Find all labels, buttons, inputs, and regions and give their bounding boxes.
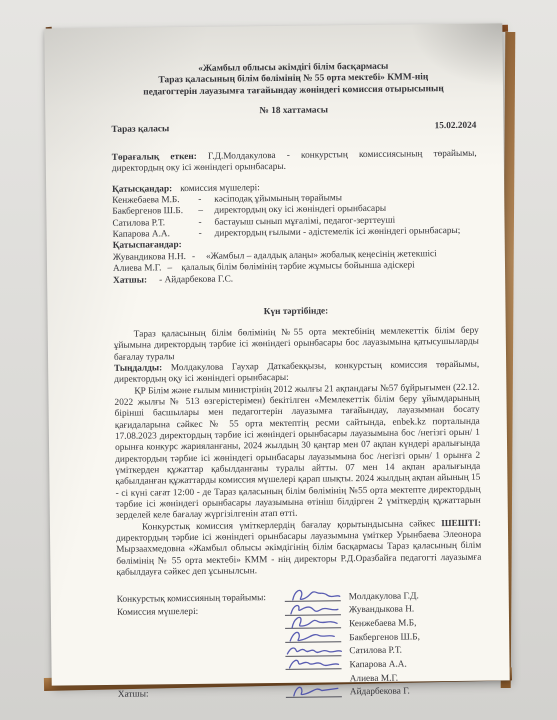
attendee-name: Сатилова Р.Т. bbox=[112, 218, 198, 230]
dash: - bbox=[192, 251, 206, 262]
heard-text: Молдакулова Гаухар Даткабекқызы, конкурс… bbox=[114, 360, 479, 385]
signature-ink bbox=[285, 656, 343, 673]
signature-block: Конкурстық комиссияның төрайымы: Молдаку… bbox=[117, 588, 483, 702]
chair-label: Төрағалық еткен: bbox=[112, 152, 197, 163]
signee-name: Бакбергенов Ш.Б, bbox=[349, 632, 420, 644]
signature-line bbox=[285, 629, 341, 643]
dash: - bbox=[198, 195, 214, 207]
agenda-title: Күн тәртібінде: bbox=[113, 304, 478, 319]
secretary-line: Хатшы: - Айдарбекова Г.С. bbox=[113, 272, 478, 287]
signee-name: Айдарбекова Г. bbox=[350, 687, 410, 699]
decision-label: ШЕШТІ: bbox=[441, 518, 481, 528]
city-date-row: Тараз қаласы 15.02.2024 bbox=[111, 120, 476, 135]
document-header: «Жамбыл облысы әкімдігі білім басқармасы… bbox=[111, 61, 476, 100]
scan-background: «Жамбыл облысы әкімдігі білім басқармасы… bbox=[0, 0, 557, 720]
decision-text: директордың тәрбие ісі жөніндегі орынбас… bbox=[116, 530, 481, 578]
date: 15.02.2024 bbox=[435, 120, 477, 132]
signature-secretary-label: Хатшы: bbox=[118, 688, 286, 701]
dash: - bbox=[198, 217, 214, 229]
signature-row: Хатшы: Айдарбекова Г. bbox=[118, 684, 483, 702]
signature-line bbox=[285, 616, 341, 630]
decision-paragraph: Конкурстық комиссия үміткерлердің бағала… bbox=[116, 518, 482, 579]
secretary-name: - Айдарбекова Г.С. bbox=[159, 275, 233, 287]
signature-line bbox=[285, 588, 341, 602]
chair-line: Төрағалық еткен: Г.Д.Молдакулова - конку… bbox=[112, 149, 477, 176]
signature-line bbox=[285, 643, 341, 657]
signee-name: Жувандыкова Н. bbox=[349, 605, 414, 617]
body-paragraph: ҚР Білім және ғылым министрінің 2012 жыл… bbox=[114, 382, 481, 522]
signee-name: Кенжебаева М.Б, bbox=[349, 618, 416, 630]
signature-chair-label: Конкурстық комиссияның төрайымы: bbox=[117, 593, 285, 606]
dash: - bbox=[199, 229, 215, 241]
signee-name: Сатилова Р.Т. bbox=[349, 646, 402, 658]
heard-label: Тыңдалды: bbox=[114, 363, 162, 374]
absent-name: Жувандикова Н.Н. bbox=[113, 252, 186, 264]
dash: – bbox=[167, 263, 181, 274]
signature-line bbox=[285, 602, 341, 616]
attendees-section: Қатысқандар: комиссия мүшелері: Кенжебае… bbox=[112, 180, 478, 287]
signee-name: Молдакулова Г.Д. bbox=[349, 591, 419, 603]
document-content: «Жамбыл облысы әкімдігі білім басқармасы… bbox=[111, 61, 483, 702]
signature-line bbox=[285, 657, 341, 671]
scanned-document: «Жамбыл облысы әкімдігі білім басқармасы… bbox=[44, 23, 509, 685]
signee-name: Капарова А.А. bbox=[349, 660, 406, 672]
attendees-sub: комиссия мүшелері: bbox=[180, 183, 260, 195]
signee-name: Алиева М.Г. bbox=[350, 673, 399, 685]
attendee-name: Бакбергенов Ш.Б. bbox=[112, 206, 198, 218]
signature-ink bbox=[286, 683, 344, 700]
absent-name: Алиева М.Г. bbox=[113, 263, 162, 275]
secretary-label: Хатшы: bbox=[113, 276, 159, 288]
dash: – bbox=[198, 206, 214, 218]
signature-line bbox=[286, 684, 342, 698]
attendees-label: Қатысқандар: bbox=[112, 184, 172, 196]
signature-members-label: Комиссия мүшелері: bbox=[117, 606, 285, 619]
city: Тараз қаласы bbox=[111, 124, 169, 136]
protocol-title: № 18 хаттамасы bbox=[111, 104, 476, 119]
attendee-name: Капарова А.А. bbox=[113, 229, 199, 241]
agenda-paragraph: Тараз қаласының білім бөлімінің №55 орта… bbox=[114, 326, 479, 364]
